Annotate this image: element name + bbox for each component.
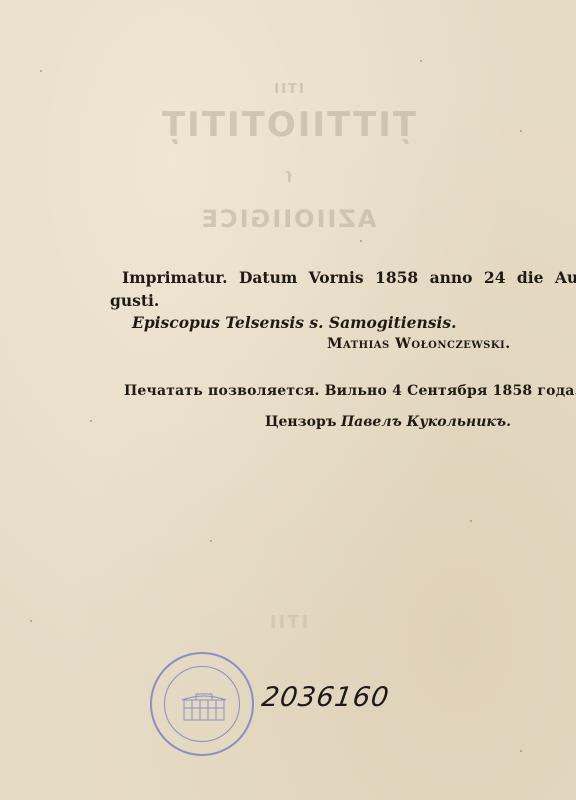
library-building-icon: [152, 654, 256, 758]
paper-speck: [360, 240, 362, 242]
paper-speck: [420, 60, 422, 62]
censor-line: Цензоръ Павелъ Кукольникъ.: [265, 414, 511, 430]
censor-label: Цензоръ: [265, 414, 336, 430]
paper-speck: [210, 540, 212, 542]
library-stamp: [150, 652, 254, 756]
inventory-number: 2036160: [260, 682, 392, 713]
imprimatur-line-2: gusti.: [110, 291, 159, 310]
show-through-text: ȚITTIIOTITIȚ: [0, 105, 576, 145]
document-page: ITII ȚITTIIOTITIȚ ſ AZIIOIIGICE ITII Imp…: [0, 0, 576, 800]
show-through-text: AZIIOIIGICE: [0, 205, 576, 233]
paper-speck: [40, 70, 42, 72]
bishop-title: Episcopus Telsensis s. Samogitiensis.: [132, 313, 457, 332]
show-through-text: ITII: [0, 612, 576, 633]
paper-speck: [520, 750, 522, 752]
show-through-text: ſ: [0, 170, 576, 186]
imprimatur-line-1: Imprimatur. Datum Vornis 1858 anno 24 di…: [122, 268, 576, 287]
paper-speck: [470, 520, 472, 522]
censorship-permit: Печатать позволяется. Вильно 4 Сентября …: [124, 383, 576, 399]
censor-name: Павелъ Кукольникъ.: [341, 414, 511, 430]
show-through-text: ITII: [0, 82, 576, 97]
signatory-name: Mathias Wołonczewski.: [327, 336, 511, 352]
paper-speck: [90, 420, 92, 422]
